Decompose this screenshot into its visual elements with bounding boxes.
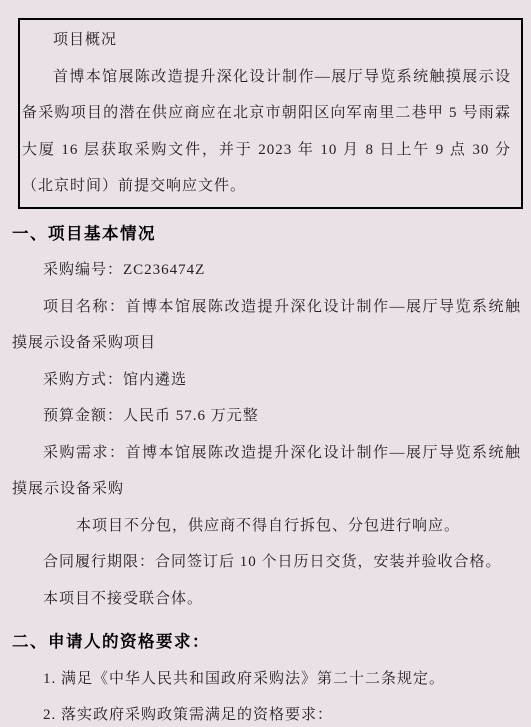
- overview-body: 首博本馆展陈改造提升深化设计制作—展厅导览系统触摸展示设备采购项目的潜在供应商应…: [22, 59, 511, 205]
- line-project-name: 项目名称：首博本馆展陈改造提升深化设计制作—展厅导览系统触摸展示设备采购项目: [12, 289, 521, 362]
- line-budget-amount: 预算金额：人民币 57.6 万元整: [12, 398, 521, 435]
- line-procurement-method: 采购方式：馆内遴选: [12, 362, 521, 399]
- line-procurement-number: 采购编号：ZC236474Z: [12, 252, 521, 289]
- project-overview-box: 项目概况 首博本馆展陈改造提升深化设计制作—展厅导览系统触摸展示设备采购项目的潜…: [18, 18, 523, 209]
- document-page: 项目概况 首博本馆展陈改造提升深化设计制作—展厅导览系统触摸展示设备采购项目的潜…: [0, 0, 531, 727]
- document-body: 一、项目基本情况 采购编号：ZC236474Z 项目名称：首博本馆展陈改造提升深…: [12, 216, 521, 727]
- line-no-consortium-note: 本项目不接受联合体。: [12, 581, 521, 618]
- line-contract-period: 合同履行期限：合同签订后 10 个日历日交货，安装并验收合格。: [12, 544, 521, 581]
- line-qualification-2: 2. 落实政府采购政策需满足的资格要求：: [12, 697, 521, 727]
- section-heading-basic-info: 一、项目基本情况: [12, 216, 521, 253]
- overview-title: 项目概况: [22, 22, 511, 59]
- line-no-subpackage-note: 本项目不分包，供应商不得自行拆包、分包进行响应。: [12, 508, 521, 545]
- line-qualification-1: 1. 满足《中华人民共和国政府采购法》第二十二条规定。: [12, 661, 521, 698]
- section-heading-qualification: 二、申请人的资格要求：: [12, 624, 521, 661]
- line-procurement-requirement: 采购需求：首博本馆展陈改造提升深化设计制作—展厅导览系统触摸展示设备采购: [12, 435, 521, 508]
